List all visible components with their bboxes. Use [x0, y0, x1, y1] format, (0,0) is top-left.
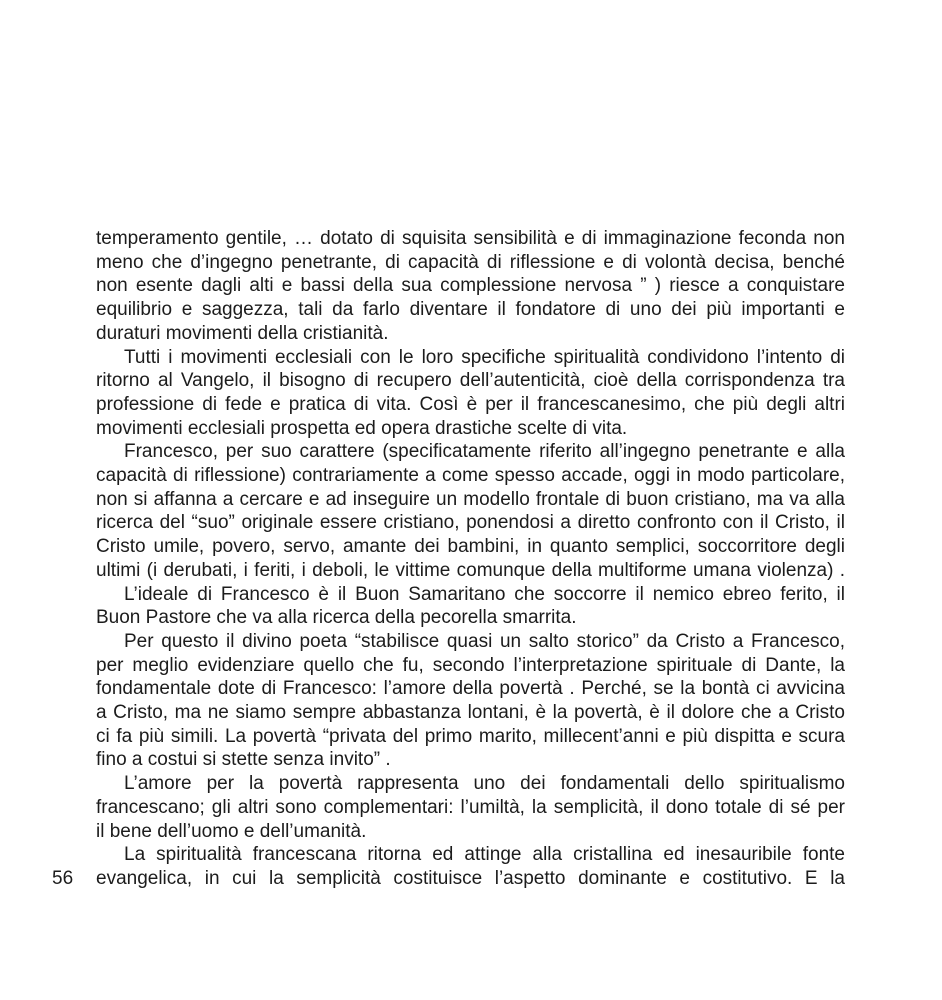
- document-page: 56 temperamento gentile, … dotato di squ…: [0, 0, 942, 1000]
- text-line: fondamentale dote di Francesco: l’amore …: [96, 677, 845, 701]
- text-line: Buon Pastore che va alla ricerca della p…: [96, 606, 845, 630]
- paragraph: La spiritualità francescana ritorna ed a…: [96, 843, 845, 890]
- text-line: La spiritualità francescana ritorna ed a…: [96, 843, 845, 867]
- text-line: fino a costui si stette senza invito” .: [96, 748, 845, 772]
- paragraph: temperamento gentile, … dotato di squisi…: [96, 227, 845, 346]
- text-line: non esente dagli alti e bassi della sua …: [96, 274, 845, 298]
- text-line: temperamento gentile, … dotato di squisi…: [96, 227, 845, 251]
- text-line: il bene dell’uomo e dell’umanità.: [96, 820, 845, 844]
- text-line: ricerca del “suo” originale essere crist…: [96, 511, 845, 535]
- text-line: francescano; gli altri sono complementar…: [96, 796, 845, 820]
- text-line: ultimi (i derubati, i feriti, i deboli, …: [96, 559, 845, 583]
- paragraph: Per questo il divino poeta “stabilisce q…: [96, 630, 845, 772]
- text-line: L’ideale di Francesco è il Buon Samarita…: [96, 583, 845, 607]
- text-line: equilibrio e saggezza, tali da farlo div…: [96, 298, 845, 322]
- text-line: movimenti ecclesiali prospetta ed opera …: [96, 417, 845, 441]
- page-text: temperamento gentile, … dotato di squisi…: [96, 227, 845, 891]
- page-number: 56: [52, 867, 73, 891]
- text-line: L’amore per la povertà rappresenta uno d…: [96, 772, 845, 796]
- text-line: duraturi movimenti della cristianità.: [96, 322, 845, 346]
- paragraph: Francesco, per suo carattere (specificat…: [96, 440, 845, 582]
- text-line: professione di fede e pratica di vita. C…: [96, 393, 845, 417]
- text-line: evangelica, in cui la semplicità costitu…: [96, 867, 845, 891]
- text-line: capacità di riflessione) contrariamente …: [96, 464, 845, 488]
- text-line: per meglio evidenziare quello che fu, se…: [96, 654, 845, 678]
- text-line: Cristo umile, povero, servo, amante dei …: [96, 535, 845, 559]
- text-line: Per questo il divino poeta “stabilisce q…: [96, 630, 845, 654]
- text-line: ci fa più simili. La povertà “privata de…: [96, 725, 845, 749]
- paragraph: Tutti i movimenti ecclesiali con le loro…: [96, 346, 845, 441]
- text-line: a Cristo, ma ne siamo sempre abbastanza …: [96, 701, 845, 725]
- text-line: Tutti i movimenti ecclesiali con le loro…: [96, 346, 845, 370]
- text-line: Francesco, per suo carattere (specificat…: [96, 440, 845, 464]
- paragraph: L’amore per la povertà rappresenta uno d…: [96, 772, 845, 843]
- text-line: non si affanna a cercare e ad inseguire …: [96, 488, 845, 512]
- paragraph: L’ideale di Francesco è il Buon Samarita…: [96, 583, 845, 630]
- text-line: ritorno al Vangelo, il bisogno di recupe…: [96, 369, 845, 393]
- text-line: meno che d’ingegno penetrante, di capaci…: [96, 251, 845, 275]
